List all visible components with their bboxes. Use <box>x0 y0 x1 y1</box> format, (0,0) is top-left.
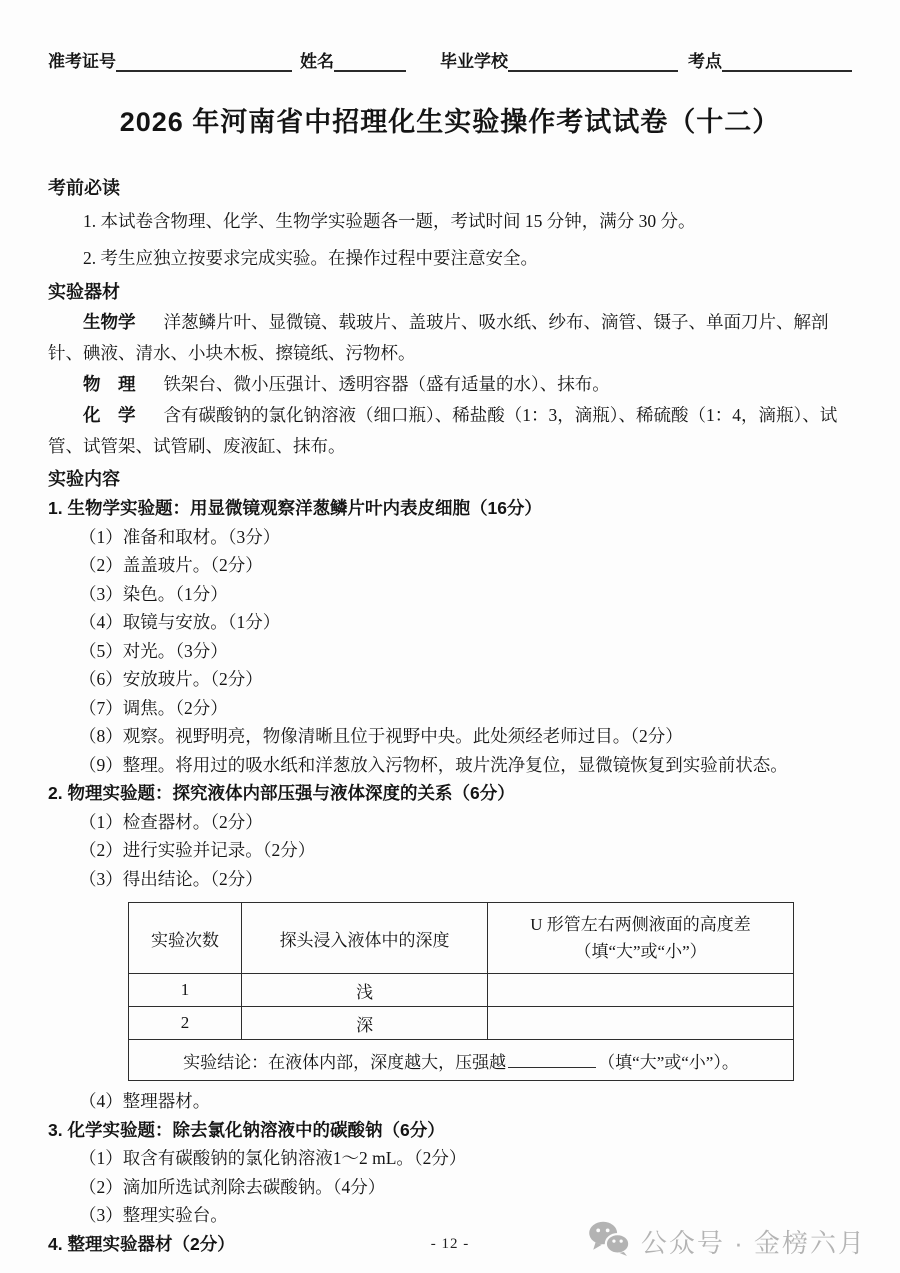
physics-step: （2）进行实验并记录。（2分） <box>48 836 852 865</box>
biology-step: （6）安放玻片。（2分） <box>48 665 852 694</box>
materials-biology-label: 生物学 <box>83 312 136 332</box>
chemistry-experiment-title: 3. 化学实验题：除去氯化钠溶液中的碳酸钠（6分） <box>48 1116 852 1145</box>
materials-physics-label: 物 理 <box>83 374 136 394</box>
conclusion-cell: 实验结论：在液体内部，深度越大，压强越（填“大”或“小”）。 <box>129 1040 794 1081</box>
exam-site-label: 考点 <box>688 47 722 72</box>
result-cell <box>488 974 794 1007</box>
table-header-row: 实验次数 探头浸入液体中的深度 U 形管左右两侧液面的高度差 （填“大”或“小”… <box>129 903 794 974</box>
name-blank <box>334 52 406 72</box>
school-blank <box>508 52 678 72</box>
pre-read-section: 1. 本试卷含物理、化学、生物学实验题各一题，考试时间 15 分钟，满分 30 … <box>48 203 852 277</box>
pre-read-item: 1. 本试卷含物理、化学、生物学实验题各一题，考试时间 15 分钟，满分 30 … <box>48 203 852 240</box>
watermark-text: 公众号 · 金榜六月 <box>641 1223 866 1260</box>
biology-experiment-title: 1. 生物学实验题：用显微镜观察洋葱鳞片叶内表皮细胞（16分） <box>48 494 852 523</box>
exam-number-label: 准考证号 <box>48 47 116 72</box>
trial-number-cell: 2 <box>129 1007 242 1040</box>
pre-read-heading: 考前必读 <box>48 173 852 203</box>
exam-number-blank <box>116 52 292 72</box>
content-heading: 实验内容 <box>48 464 852 494</box>
materials-chemistry: 化 学含有碳酸钠的氯化钠溶液（细口瓶）、稀盐酸（1：3，滴瓶）、稀硫酸（1：4，… <box>48 400 852 462</box>
materials-biology: 生物学洋葱鳞片叶、显微镜、载玻片、盖玻片、吸水纸、纱布、滴管、镊子、单面刀片、解… <box>48 307 852 369</box>
biology-step: （9）整理。将用过的吸水纸和洋葱放入污物杯，玻片洗净复位，显微镜恢复到实验前状态… <box>48 751 852 780</box>
watermark: 公众号 · 金榜六月 <box>587 1220 866 1263</box>
physics-step: （4）整理器材。 <box>48 1087 852 1116</box>
table-header-trials: 实验次数 <box>129 903 242 974</box>
chemistry-step: （1）取含有碳酸钠的氯化钠溶液1～2 mL。（2分） <box>48 1144 852 1173</box>
table-header-depth: 探头浸入液体中的深度 <box>242 903 488 974</box>
chemistry-step: （2）滴加所选试剂除去碳酸钠。（4分） <box>48 1173 852 1202</box>
exam-paper-page: 准考证号 姓名 毕业学校 考点 2026 年河南省中招理化生实验操作考试试卷（十… <box>0 0 900 1273</box>
paper-title: 2026 年河南省中招理化生实验操作考试试卷（十二） <box>48 100 852 139</box>
pre-read-item: 2. 考生应独立按要求完成实验。在操作过程中要注意安全。 <box>48 240 852 277</box>
conclusion-prefix: 实验结论：在液体内部，深度越大，压强越 <box>183 1053 506 1072</box>
physics-experiment-title: 2. 物理实验题：探究液体内部压强与液体深度的关系（6分） <box>48 779 852 808</box>
table-row: 1 浅 <box>129 974 794 1007</box>
physics-results-table: 实验次数 探头浸入液体中的深度 U 形管左右两侧液面的高度差 （填“大”或“小”… <box>128 902 794 1081</box>
table-conclusion-row: 实验结论：在液体内部，深度越大，压强越（填“大”或“小”）。 <box>129 1040 794 1081</box>
exam-site-blank <box>722 52 852 72</box>
biology-step: （7）调焦。（2分） <box>48 694 852 723</box>
result-cell <box>488 1007 794 1040</box>
materials-chemistry-label: 化 学 <box>83 405 136 425</box>
table-header-height-diff: U 形管左右两侧液面的高度差 （填“大”或“小”） <box>488 903 794 974</box>
name-label: 姓名 <box>300 47 334 72</box>
conclusion-suffix: （填“大”或“小”）。 <box>598 1053 739 1072</box>
biology-step: （5）对光。（3分） <box>48 637 852 666</box>
trial-number-cell: 1 <box>129 974 242 1007</box>
school-label: 毕业学校 <box>440 47 508 72</box>
conclusion-blank <box>508 1052 596 1068</box>
table-header-height-diff-line2: （填“大”或“小”） <box>494 938 787 965</box>
depth-cell: 浅 <box>242 974 488 1007</box>
physics-step: （1）检查器材。（2分） <box>48 808 852 837</box>
materials-heading: 实验器材 <box>48 277 852 307</box>
materials-physics-text: 铁架台、微小压强计、透明容器（盛有适量的水）、抹布。 <box>164 374 610 394</box>
table-header-height-diff-line1: U 形管左右两侧液面的高度差 <box>494 911 787 938</box>
biology-step: （3）染色。（1分） <box>48 580 852 609</box>
registration-header: 准考证号 姓名 毕业学校 考点 <box>48 46 852 72</box>
biology-step: （1）准备和取材。（3分） <box>48 523 852 552</box>
wechat-icon <box>587 1220 631 1263</box>
table-row: 2 深 <box>129 1007 794 1040</box>
depth-cell: 深 <box>242 1007 488 1040</box>
materials-physics: 物 理铁架台、微小压强计、透明容器（盛有适量的水）、抹布。 <box>48 369 852 400</box>
materials-chemistry-text: 含有碳酸钠的氯化钠溶液（细口瓶）、稀盐酸（1：3，滴瓶）、稀硫酸（1：4，滴瓶）… <box>48 405 837 456</box>
biology-step: （4）取镜与安放。（1分） <box>48 608 852 637</box>
materials-biology-text: 洋葱鳞片叶、显微镜、载玻片、盖玻片、吸水纸、纱布、滴管、镊子、单面刀片、解剖针、… <box>48 312 829 363</box>
biology-step: （8）观察。视野明亮，物像清晰且位于视野中央。此处须经老师过目。（2分） <box>48 722 852 751</box>
biology-step: （2）盖盖玻片。（2分） <box>48 551 852 580</box>
physics-step: （3）得出结论。（2分） <box>48 865 852 894</box>
